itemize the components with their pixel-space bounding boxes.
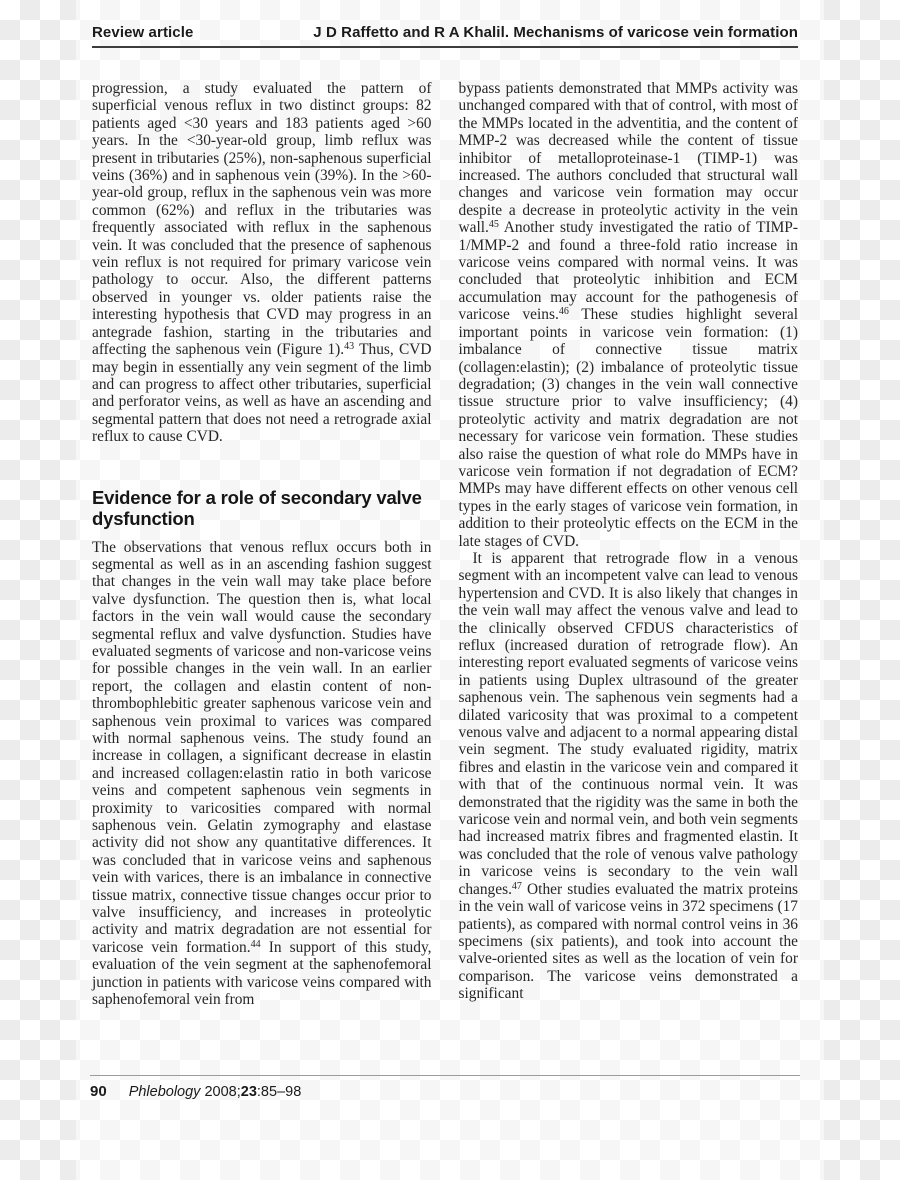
section-heading: Evidence for a role of secondary valve d… xyxy=(92,487,432,529)
right-paragraph-2: It is apparent that retrograde flow in a… xyxy=(459,550,799,1003)
journal-citation: Phlebology 2008;23:85–98 xyxy=(129,1084,302,1100)
header-rule xyxy=(92,46,798,48)
journal-volume: 23 xyxy=(241,1084,257,1100)
article-page: Review article J D Raffetto and R A Khal… xyxy=(76,0,824,1180)
journal-name: Phlebology xyxy=(129,1084,201,1100)
right-column: bypass patients demonstrated that MMPs a… xyxy=(459,80,799,1009)
page-number: 90 xyxy=(90,1083,107,1100)
footer-rule xyxy=(90,1075,800,1076)
page-footer: 90 Phlebology 2008;23:85–98 xyxy=(90,1075,800,1100)
left-column: progression, a study evaluated the patte… xyxy=(92,80,432,1009)
page-header: Review article J D Raffetto and R A Khal… xyxy=(92,24,798,41)
journal-pages: :85–98 xyxy=(257,1084,301,1100)
left-paragraph-1: progression, a study evaluated the patte… xyxy=(92,80,432,446)
journal-year: 2008; xyxy=(200,1084,240,1100)
right-paragraph-1: bypass patients demonstrated that MMPs a… xyxy=(459,80,799,550)
two-column-body: progression, a study evaluated the patte… xyxy=(92,80,798,1009)
header-section-label: Review article xyxy=(92,24,193,41)
journal-page: { "page": { "header": { "section_label":… xyxy=(0,0,900,1180)
header-running-title: J D Raffetto and R A Khalil. Mechanisms … xyxy=(313,24,798,41)
left-paragraph-2: The observations that venous reflux occu… xyxy=(92,539,432,1009)
